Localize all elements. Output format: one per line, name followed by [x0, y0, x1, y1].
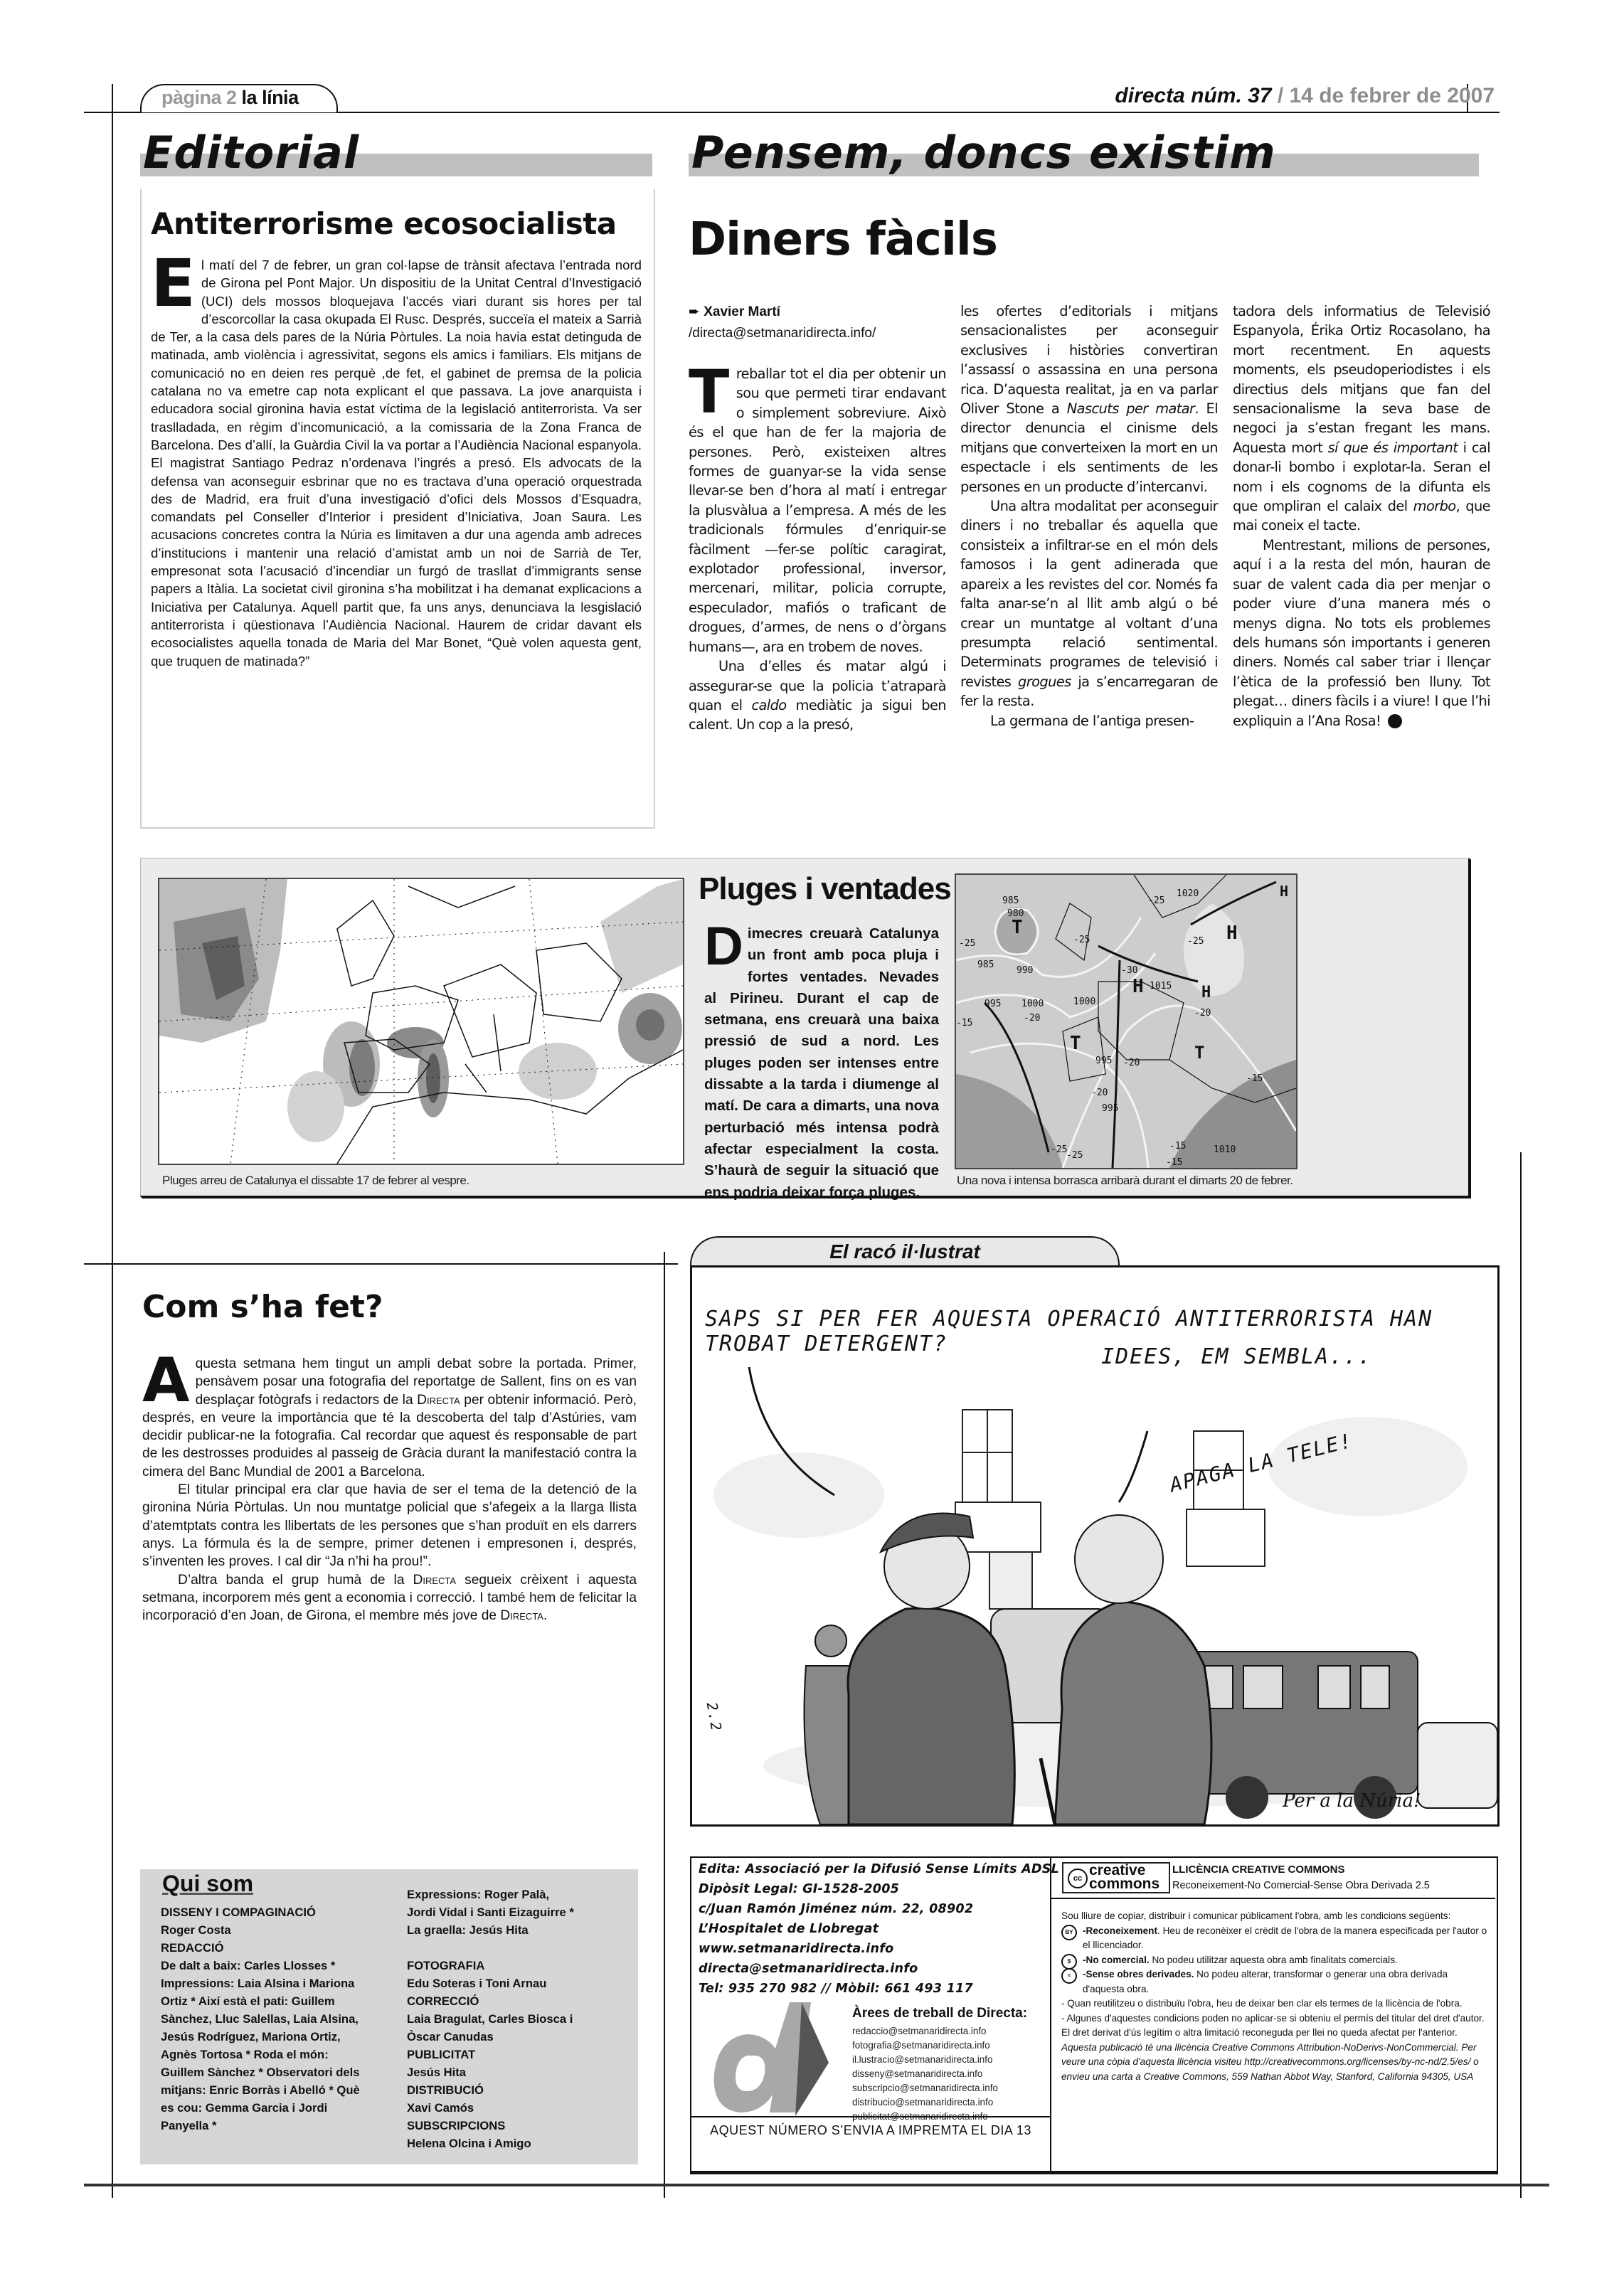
- how-body: Aquesta setmana hem tingut un ampli deba…: [142, 1355, 637, 1625]
- area-email[interactable]: redaccio@setmanaridirecta.info: [852, 2024, 998, 2039]
- author-email[interactable]: /directa@setmanaridirecta.info/: [689, 326, 876, 341]
- opinion-dropcap: T: [689, 367, 729, 417]
- crop-mark-right-bottom: [1520, 1152, 1522, 2198]
- print-note-divider: [690, 2116, 1051, 2117]
- license-body: Sou lliure de copiar, distribuir i comun…: [1061, 1909, 1488, 2084]
- section-name: la línia: [242, 87, 299, 108]
- opinion-column-3: tadora dels informatius de Televisió Esp…: [1233, 302, 1490, 730]
- opinion-section-head: Pensem, doncs existim: [689, 134, 1479, 176]
- svg-text:-15: -15: [1169, 1141, 1186, 1152]
- website-link[interactable]: www.setmanaridirecta.info: [699, 1939, 1059, 1959]
- author-name: Xavier Martí: [704, 304, 780, 319]
- areas-title: Àrees de treball de Directa:: [852, 2006, 1027, 2021]
- weather-body: Dimecres creuarà Catalunya un front amb …: [704, 923, 939, 1203]
- issue-info: directa núm. 37 / 14 de febrer de 2007: [1115, 84, 1495, 108]
- cartoon-dedication: Per a la Núria!: [1283, 1790, 1421, 1812]
- area-email[interactable]: il.lustracio@setmanaridirecta.info: [852, 2053, 998, 2067]
- crop-mark-left-bottom: [112, 1238, 113, 2198]
- svg-text:1000: 1000: [1073, 996, 1095, 1007]
- print-note: AQUEST NÚMERO S’ENVIA A IMPREMTA EL DIA …: [690, 2123, 1051, 2138]
- svg-text:-20: -20: [1091, 1088, 1108, 1098]
- svg-text:-25: -25: [959, 938, 975, 949]
- pen-pointer-icon: ➨: [689, 304, 700, 319]
- issue-number: directa núm. 37: [1115, 84, 1271, 107]
- cartoon-section-title: El racó il·lustrat: [691, 1240, 1118, 1263]
- weather-dropcap: D: [704, 925, 743, 969]
- staff-title: Qui som: [162, 1871, 253, 1897]
- rain-map: [158, 878, 684, 1165]
- editorial-section-title: Editorial: [143, 131, 359, 175]
- editorial-headline: Antiterrorisme ecosocialista: [151, 206, 617, 241]
- areas-email-list: redaccio@setmanaridirecta.info fotografi…: [852, 2024, 998, 2124]
- svg-text:1015: 1015: [1150, 981, 1172, 992]
- staff-column-left: DISSENY I COMPAGINACIÓRoger CostaREDACCI…: [161, 1903, 360, 2135]
- how-headline: Com s’ha fet?: [142, 1289, 383, 1325]
- issue-date: / 14 de febrer de 2007: [1278, 84, 1495, 107]
- editorial-body: El matí del 7 de febrer, un gran col·lap…: [151, 256, 642, 670]
- opinion-headline: Diners fàcils: [689, 213, 997, 266]
- license-divider: [1051, 1898, 1495, 1899]
- end-of-article-icon: d: [1388, 714, 1402, 728]
- svg-text:-20: -20: [1123, 1058, 1140, 1068]
- byline: ➨ Xavier Martí /directa@setmanaridirecta…: [689, 302, 876, 344]
- svg-text:1000: 1000: [1021, 999, 1044, 1009]
- svg-text:-15: -15: [956, 1018, 972, 1029]
- svg-text:-20: -20: [1024, 1013, 1040, 1024]
- mid-rule: [84, 1263, 678, 1265]
- editorial-section-head: Editorial: [140, 134, 652, 176]
- svg-text:-30: -30: [1121, 965, 1137, 976]
- noderivs-icon: =: [1061, 1968, 1077, 1984]
- weather-headline: Pluges i ventades: [699, 871, 951, 907]
- creative-commons-logo: cc creativecommons: [1062, 1862, 1170, 1893]
- opinion-column-1: Treballar tot el dia per obtenir un sou …: [689, 364, 946, 735]
- page-number: pàgina 2: [161, 87, 237, 108]
- opinion-section-title: Pensem, doncs existim: [691, 131, 1276, 175]
- directa-d-logo-icon: [704, 2002, 832, 2116]
- svg-text:H: H: [1226, 923, 1238, 944]
- svg-text:-25: -25: [1066, 1150, 1083, 1161]
- rain-map-caption: Pluges arreu de Catalunya el dissabte 17…: [162, 1174, 469, 1188]
- editorial-dropcap: E: [151, 257, 196, 310]
- footer-rule: [84, 2184, 1549, 2186]
- svg-text:995: 995: [985, 999, 1001, 1009]
- svg-text:H: H: [1201, 984, 1211, 1001]
- pressure-map: 985980 T -25985990 9951000-20 -151000 T …: [955, 873, 1297, 1169]
- pressure-map-image: 985980 T -25985990 9951000-20 -151000 T …: [956, 875, 1296, 1168]
- page-tab: pàgina 2 la línia: [140, 84, 338, 112]
- area-email[interactable]: disseny@setmanaridirecta.info: [852, 2067, 998, 2081]
- staff-column-right: Expressions: Roger Palà,Jordi Vidal i Sa…: [407, 1886, 574, 2152]
- license-link-text: Aquesta publicació té una llicència Crea…: [1061, 2041, 1488, 2085]
- how-dropcap: A: [142, 1356, 190, 1405]
- svg-text:-25: -25: [1051, 1144, 1067, 1155]
- svg-text:T: T: [1012, 917, 1023, 938]
- svg-text:1020: 1020: [1177, 888, 1199, 899]
- svg-text:-15: -15: [1166, 1157, 1182, 1168]
- svg-text:985: 985: [977, 960, 994, 970]
- email-link[interactable]: directa@setmanaridirecta.info: [699, 1959, 1059, 1979]
- area-email[interactable]: distribucio@setmanaridirecta.info: [852, 2095, 998, 2110]
- svg-text:995: 995: [1095, 1056, 1112, 1066]
- svg-text:T: T: [1194, 1043, 1204, 1063]
- license-title: LLICÈNCIA CREATIVE COMMONS: [1172, 1864, 1345, 1876]
- speech-bubble-2: IDEES, EM SEMBLA...: [1101, 1344, 1372, 1369]
- attribution-icon: BY: [1061, 1925, 1077, 1940]
- svg-text:-25: -25: [1073, 935, 1090, 945]
- svg-text:990: 990: [1017, 965, 1033, 976]
- crop-mark-left-top: [112, 84, 113, 1258]
- pressure-map-caption: Una nova i intensa borrasca arribarà dur…: [957, 1174, 1293, 1188]
- column-rule: [664, 1252, 665, 2198]
- cartoon-tab: El racó il·lustrat: [690, 1236, 1120, 1266]
- area-email[interactable]: subscripcio@setmanaridirecta.info: [852, 2081, 998, 2095]
- license-subtitle: Reconeixement-No Comercial-Sense Obra De…: [1172, 1880, 1430, 1891]
- opinion-column-2: les ofertes d’editorials i mitjans sensa…: [960, 302, 1218, 730]
- publisher-info: Edita: Associació per la Difusió Sense L…: [699, 1859, 1059, 1999]
- rain-map-image: [159, 879, 683, 1164]
- svg-text:H: H: [1280, 883, 1288, 900]
- svg-text:995: 995: [1102, 1103, 1118, 1114]
- area-email[interactable]: fotografia@setmanaridirecta.info: [852, 2039, 998, 2053]
- svg-text:1010: 1010: [1214, 1144, 1236, 1155]
- cc-icon: cc: [1068, 1869, 1088, 1888]
- svg-text:-20: -20: [1194, 1008, 1211, 1019]
- svg-text:H: H: [1132, 976, 1144, 997]
- svg-text:-25: -25: [1148, 895, 1164, 906]
- svg-text:985: 985: [1002, 895, 1019, 906]
- svg-text:-25: -25: [1187, 936, 1204, 947]
- cartoon-frame: SAPS SI PER FER AQUESTA OPERACIÓ ANTITER…: [690, 1265, 1500, 1827]
- svg-text:-15: -15: [1246, 1073, 1263, 1084]
- svg-text:T: T: [1070, 1033, 1081, 1054]
